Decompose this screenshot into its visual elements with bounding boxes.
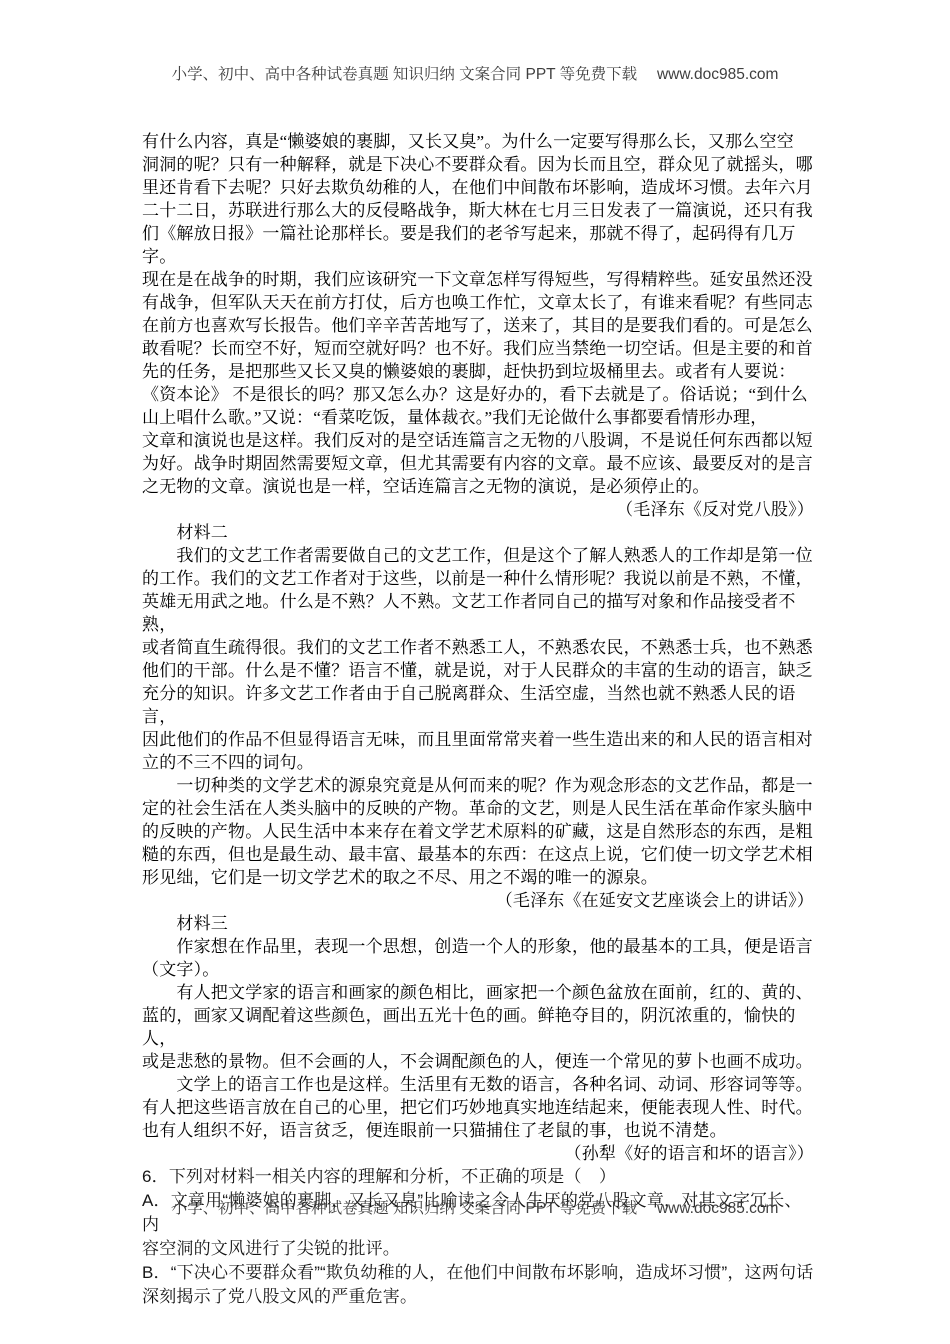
text-line: 现在是在战争的时期，我们应该研究一下文章怎样写得短些，写得精粹些。延安虽然还没 bbox=[142, 268, 814, 291]
text-line: 他们的干部。什么是不懂？语言不懂，就是说，对于人民群众的丰富的生动的语言，缺乏 bbox=[142, 659, 814, 682]
text-line: 的工作。我们的文艺工作者对于这些，以前是一种什么情形呢？我说以前是不熟，不懂， bbox=[142, 567, 814, 590]
text-line: 我们的文艺工作者需要做自己的文艺工作，但是这个了解人熟悉人的工作却是第一位 bbox=[142, 544, 814, 567]
text-line: 有人把这些语言放在自己的心里，把它们巧妙地真实地连结起来，便能表现人性、时代。 bbox=[142, 1096, 814, 1119]
attribution-line: （孙犁《好的语言和坏的语言》） bbox=[142, 1142, 814, 1165]
text-line: 山上唱什么歌。”又说：“看菜吃饭，量体裁衣。”我们无论做什么事都要看情形办理， bbox=[142, 406, 814, 429]
text-line: 因此他们的作品不但显得语言无味，而且里面常常夹着一些生造出来的和人民的语言相对 bbox=[142, 728, 814, 751]
attribution-line: （毛泽东《在延安文艺座谈会上的讲话》） bbox=[142, 889, 814, 912]
text-line: 之无物的文章。演说也是一样，空话连篇言之无物的演说，是必须停止的。 bbox=[142, 475, 814, 498]
text-line: 英雄无用武之地。什么是不熟？人不熟。文艺工作者同自己的描写对象和作品接受者不熟， bbox=[142, 590, 814, 636]
text-line: 立的不三不四的词句。 bbox=[142, 751, 814, 774]
document-page: 小学、初中、高中各种试卷真题 知识归纳 文案合同 PPT 等免费下载 www.d… bbox=[0, 0, 950, 1344]
text-line: 文章和演说也是这样。我们反对的是空话连篇言之无物的八股调，不是说任何东西都以短 bbox=[142, 429, 814, 452]
text-line: 材料三 bbox=[142, 912, 814, 935]
text-line: 或者简直生疏得很。我们的文艺工作者不熟悉工人，不熟悉农民，不熟悉士兵，也不熟悉 bbox=[142, 636, 814, 659]
text-line: 们《解放日报》一篇社论那样长。要是我们的老爷写起来，那就不得了，起码得有几万字。 bbox=[142, 222, 814, 268]
text-line: （文字）。 bbox=[142, 958, 814, 981]
text-line: 有什么内容，真是“懒婆娘的裹脚，又长又臭”。为什么一定要写得那么长，又那么空空 bbox=[142, 130, 814, 153]
text-line: 定的社会生活在人类头脑中的反映的产物。革命的文艺，则是人民生活在革命作家头脑中 bbox=[142, 797, 814, 820]
text-line: 的反映的产物。人民生活中本来存在着文学艺术原料的矿藏，这是自然形态的东西，是粗 bbox=[142, 820, 814, 843]
text-line: 也有人组织不好，语言贫乏，便连眼前一只猫捕住了老鼠的事，也说不清楚。 bbox=[142, 1119, 814, 1142]
text-line: 糙的东西，但也是最生动、最丰富、最基本的东西：在这点上说，它们使一切文学艺术相 bbox=[142, 843, 814, 866]
text-line: 先的任务，是把那些又长又臭的懒婆娘的裹脚，赶快扔到垃圾桶里去。或者有人要说： bbox=[142, 360, 814, 383]
text-line: 敢看呢？长而空不好，短而空就好吗？也不好。我们应当禁绝一切空话。但是主要的和首 bbox=[142, 337, 814, 360]
text-line: 为好。战争时期固然需要短文章，但尤其需要有内容的文章。最不应该、最要反对的是言 bbox=[142, 452, 814, 475]
text-line: 有人把文学家的语言和画家的颜色相比，画家把一个颜色盆放在面前，红的、黄的、 bbox=[142, 981, 814, 1004]
text-line: 有战争，但军队天天在前方打仗，后方也唤工作忙，文章太长了，有谁来看呢？有些同志 bbox=[142, 291, 814, 314]
text-line: 里还肯看下去呢？只好去欺负幼稚的人，在他们中间散布坏影响，造成坏习惯。去年六月 bbox=[142, 176, 814, 199]
text-line: 作家想在作品里，表现一个思想，创造一个人的形象，他的最基本的工具，便是语言 bbox=[142, 935, 814, 958]
text-line: 在前方也喜欢写长报告。他们辛辛苦苦地写了，送来了，其目的是要我们看的。可是怎么 bbox=[142, 314, 814, 337]
document-lines: 有什么内容，真是“懒婆娘的裹脚，又长又臭”。为什么一定要写得那么长，又那么空空洞… bbox=[142, 130, 814, 1309]
question-line: 6．下列对材料一相关内容的理解和分析，不正确的项是（ ） bbox=[142, 1165, 814, 1189]
question-line: B．“下决心不要群众看”“欺负幼稚的人，在他们中间散布坏影响，造成坏习惯”，这两… bbox=[142, 1261, 814, 1285]
text-line: 《资本论》 不是很长的吗？那又怎么办？这是好办的，看下去就是了。俗话说；“到什么 bbox=[142, 383, 814, 406]
question-line: 深刻揭示了党八股文风的严重危害。 bbox=[142, 1285, 814, 1309]
text-line: 或是悲愁的景物。但不会画的人，不会调配颜色的人，便连一个常见的萝卜也画不成功。 bbox=[142, 1050, 814, 1073]
text-line: 形见绌，它们是一切文学艺术的取之不尽、用之不竭的唯一的源泉。 bbox=[142, 866, 814, 889]
question-line: 容空洞的文风进行了尖锐的批评。 bbox=[142, 1237, 814, 1261]
footer-watermark: 小学、初中、高中各种试卷真题 知识归纳 文案合同 PPT 等免费下载 www.d… bbox=[0, 1198, 950, 1220]
text-line: 一切种类的文学艺术的源泉究竟是从何而来的呢？作为观念形态的文艺作品，都是一 bbox=[142, 774, 814, 797]
text-line: 充分的知识。许多文艺工作者由于自己脱离群众、生活空虚，当然也就不熟悉人民的语言， bbox=[142, 682, 814, 728]
header-watermark: 小学、初中、高中各种试卷真题 知识归纳 文案合同 PPT 等免费下载 www.d… bbox=[0, 64, 950, 86]
text-line: 材料二 bbox=[142, 521, 814, 544]
text-line: 洞洞的呢？只有一种解释，就是下决心不要群众看。因为长而且空，群众见了就摇头，哪 bbox=[142, 153, 814, 176]
text-line: 二十二日，苏联进行那么大的反侵略战争，斯大林在七月三日发表了一篇演说，还只有我 bbox=[142, 199, 814, 222]
text-line: 文学上的语言工作也是这样。生活里有无数的语言，各种名词、动词、形容词等等。 bbox=[142, 1073, 814, 1096]
attribution-line: （毛泽东《反对党八股》） bbox=[142, 498, 814, 521]
text-line: 蓝的，画家又调配着这些颜色，画出五光十色的画。鲜艳夺目的，阴沉浓重的，愉快的人， bbox=[142, 1004, 814, 1050]
